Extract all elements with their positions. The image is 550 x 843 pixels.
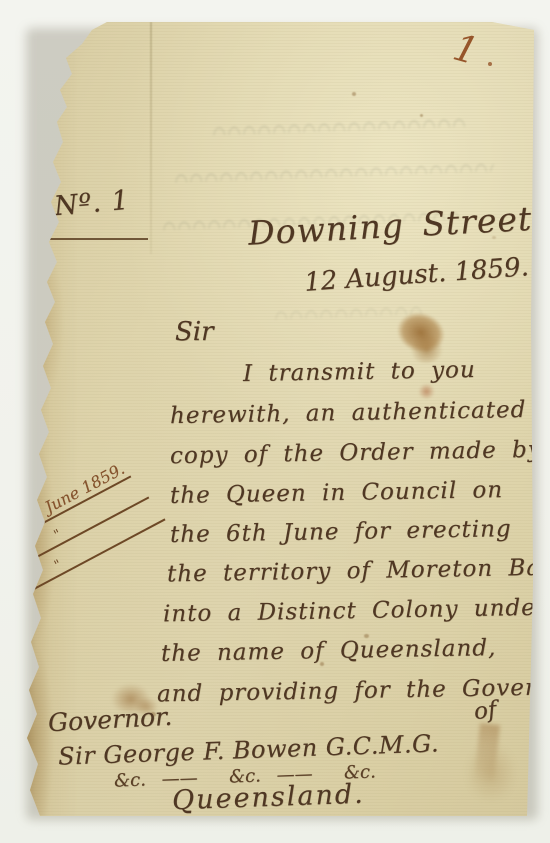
carry-over-word: of (473, 697, 498, 725)
body-line: the territory of Moreton Bay (167, 555, 534, 588)
document-number-underline (36, 238, 148, 240)
body-line: I transmit to you (243, 357, 476, 387)
show-through-ghost-line (174, 158, 494, 182)
scanned-letter-screenshot: { "page": { "folio_number": "1", "item_n… (0, 0, 550, 843)
addressee-name: Sir George F. Bowen G.C.M.G. (58, 729, 440, 770)
addressee-title: Governor. (47, 702, 173, 737)
letter-page: 1 Nº. 1 Downing Street, 12 August. 1859.… (22, 22, 534, 816)
body-line: herewith, an authenticated (170, 397, 527, 429)
folio-number: 1 (449, 26, 483, 74)
document-number: Nº. 1 (53, 185, 131, 222)
bottom-right-stain (460, 740, 522, 812)
addressee-place: Queensland. (172, 779, 366, 816)
vertical-fold-crease (150, 22, 152, 254)
show-through-ghost-line (274, 301, 424, 319)
body-line: the name of Queensland, (161, 635, 497, 667)
right-edge-streak-stain (474, 723, 500, 783)
body-line: copy of the Order made by (170, 437, 534, 469)
small-red-stain (418, 384, 435, 399)
letterhead-address: Downing Street, (247, 198, 534, 252)
show-through-ghost-line (212, 114, 467, 136)
salutation: Sir (175, 317, 214, 347)
body-line: the 6th June for erecting (170, 516, 512, 548)
foxing-speck (352, 92, 356, 96)
letterhead-date: 12 August. 1859. (303, 252, 530, 298)
foxing-speck (420, 114, 423, 117)
body-line: the Queen in Council on (170, 477, 504, 509)
folio-dot (488, 62, 492, 66)
body-line: into a Distinct Colony under (163, 595, 534, 628)
